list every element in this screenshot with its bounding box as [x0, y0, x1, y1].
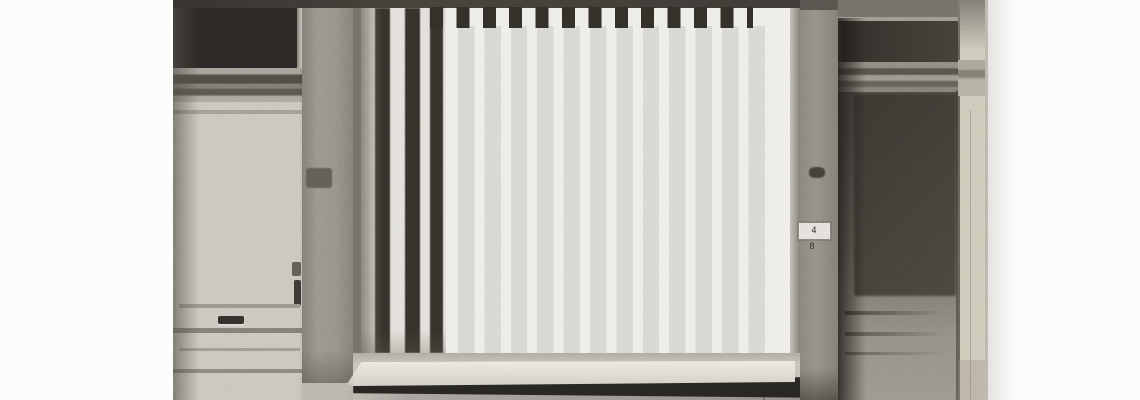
pier-bracket [306, 168, 332, 188]
right-door-recessed-panel [854, 94, 956, 296]
window-reveal-shadow [361, 8, 383, 355]
right-stone-pier [800, 0, 838, 400]
stripe-tops-row [430, 7, 753, 28]
left-stone-pier [302, 0, 353, 400]
right-pier-base-shadow [800, 368, 838, 400]
letterbox-slot [218, 316, 244, 324]
door-lock-plate [294, 280, 301, 306]
faint-stripes-under-paper [458, 26, 788, 360]
exposed-dark-stripe [405, 8, 420, 353]
stripe-zone-foot-shadow [361, 330, 446, 355]
house-number-plaque: 4 8 [798, 222, 831, 240]
cream-frame-capital [958, 60, 985, 96]
doorway-jamb-shadow [838, 18, 866, 400]
book-page: 4 8 [0, 0, 1140, 400]
cream-frame-foot-shade [958, 360, 985, 400]
window-left-jamb [353, 8, 361, 356]
right-pier-top-shadow [800, 0, 838, 10]
cream-frame-crack-line [970, 110, 971, 400]
pier-nail-mark [809, 167, 825, 178]
window-sill [347, 361, 795, 386]
shopfront-photograph: 4 8 [173, 0, 988, 400]
page-shading [988, 0, 1014, 400]
paper-plain-right-band [770, 8, 790, 360]
window-right-jamb [790, 8, 800, 360]
left-door-jamb-shadow [173, 0, 199, 400]
door-lock [292, 262, 301, 276]
exposed-dark-stripe [430, 8, 443, 353]
cream-frame-top-shadow [958, 0, 985, 50]
